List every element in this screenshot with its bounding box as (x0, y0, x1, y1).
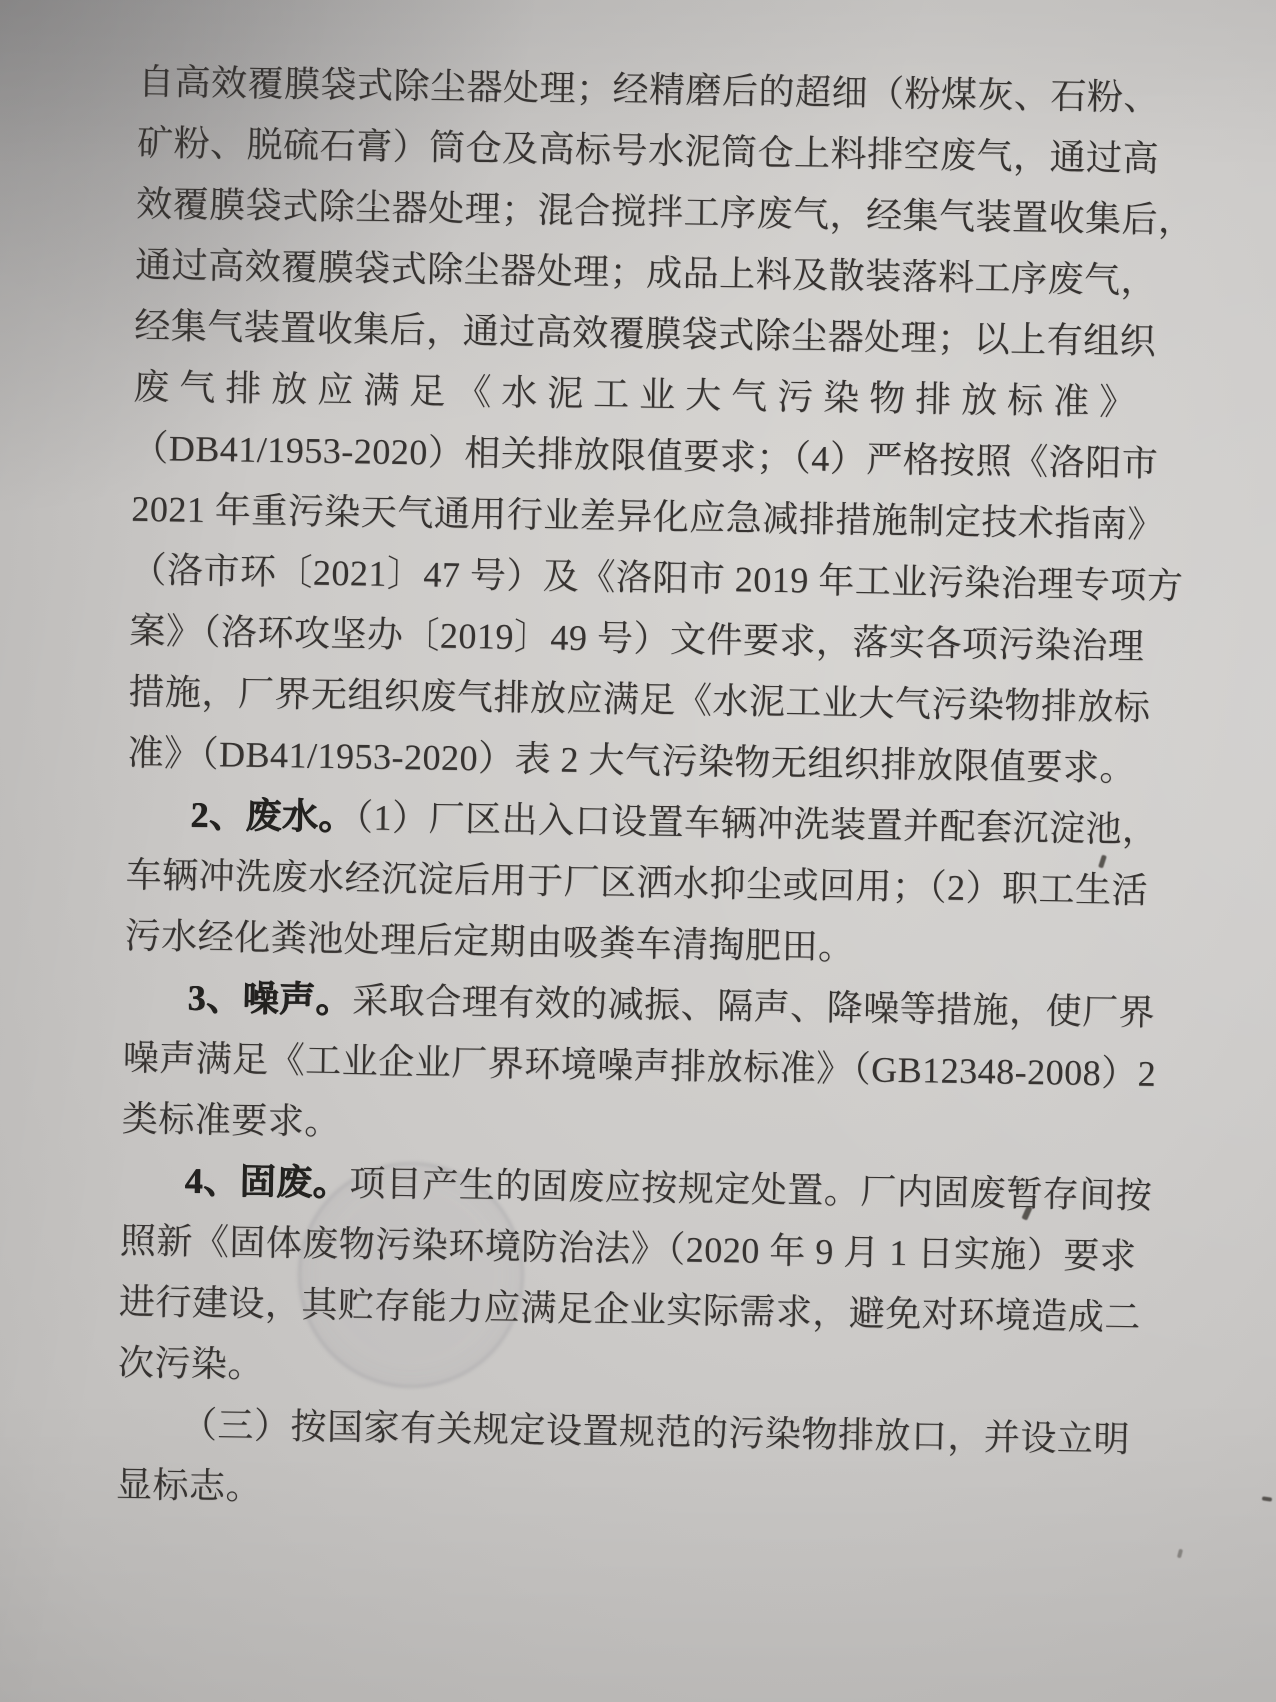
line-text: （三）按国家有关规定设置规范的污染物排放口，并设立明 (181, 1405, 1131, 1460)
line-text: 采取合理有效的减振、隔声、降噪等措施，使厂界 (352, 980, 1156, 1033)
line-text: 类标准要求。 (121, 1099, 341, 1142)
line-text: 经集气装置收集后，通过高效覆膜袋式除尘器处理；以上有组织 (134, 306, 1157, 362)
line-text: 案》（洛环攻坚办〔2019〕49 号）文件要求，落实各项污染治理 (129, 611, 1145, 667)
line-text: 显标志。 (116, 1465, 263, 1507)
line-text: 废气排放应满足《水泥工业大气污染物排放标准》 (133, 367, 1146, 423)
document-text: 自高效覆膜袋式除尘器处理；经精磨后的超细（粉煤灰、石粉、 矿粉、脱硫石膏）筒仓及… (116, 52, 1187, 1532)
line-text: 2021 年重污染天气通用行业差异化应急减排措施制定技术指南》 (131, 489, 1164, 545)
line-bold-label: 3、噪声。 (187, 978, 352, 1021)
line-text: 次污染。 (118, 1343, 265, 1385)
line-text: 进行建设，其贮存能力应满足企业实际需求，避免对环境造成二 (119, 1282, 1142, 1338)
line-text: 噪声满足《工业企业厂界环境噪声排放标准》（GB12348-2008）2 (122, 1038, 1156, 1094)
line-text: 效覆膜袋式除尘器处理；混合搅拌工序废气，经集气装置收集后， (136, 184, 1195, 241)
line-text: 照新《固体废物污染环境防治法》（2020 年 9 月 1 日实施）要求 (120, 1221, 1137, 1277)
photographed-document: { "colors": { "paper": "#cac8c6", "ink":… (0, 0, 1276, 1702)
line-text: （1）厂区出入口设置车辆冲洗装置并配套沉淀池， (355, 797, 1159, 850)
line-text: 自高效覆膜袋式除尘器处理；经精磨后的超细（粉煤灰、石粉、 (138, 62, 1161, 118)
line-text: （DB41/1953-2020）相关排放限值要求；（4）严格按照《洛阳市 (132, 428, 1159, 484)
line-text: 矿粉、脱硫石膏）筒仓及高标号水泥筒仓上料排空废气，通过高 (137, 123, 1160, 179)
line-text: 措施，厂界无组织废气排放应满足《水泥工业大气污染物排放标 (128, 672, 1151, 728)
line-text: 污水经化粪池处理后定期由吸粪车清掏肥田。 (124, 916, 855, 967)
line-text: 车辆冲洗废水经沉淀后用于厂区洒水抑尘或回用；（2）职工生活 (125, 855, 1148, 911)
line-bold-label: 4、固废。 (185, 1161, 350, 1204)
line-text: （洛市环〔2021〕47 号）及《洛阳市 2019 年工业污染治理专项方 (130, 550, 1184, 607)
line-text: 准》（DB41/1953-2020）表 2 大气污染物无组织排放限值要求。 (127, 733, 1136, 789)
line-text: 通过高效覆膜袋式除尘器处理；成品上料及散装落料工序废气， (135, 245, 1158, 301)
line-bold-label: 2、废水。 (190, 795, 355, 838)
